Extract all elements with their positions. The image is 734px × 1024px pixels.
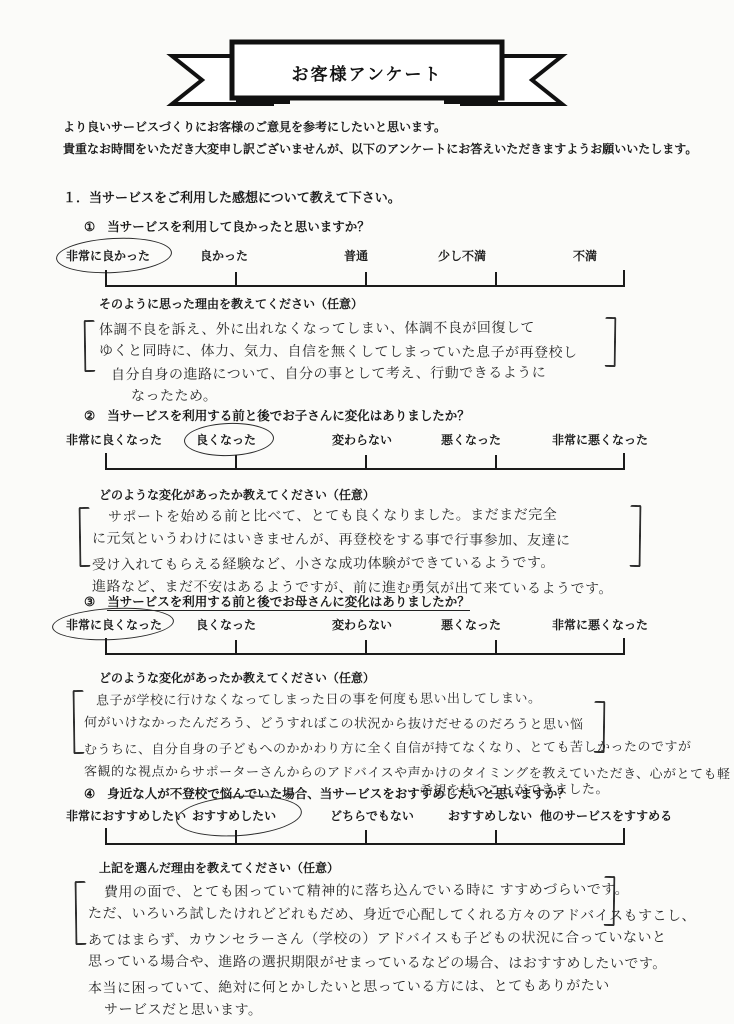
option-label: 非常に悪くなった [552, 616, 648, 633]
ruler-tick [495, 640, 497, 653]
ruler-tick [495, 455, 497, 468]
hand-bracket-right [630, 505, 642, 567]
option-label: 良かった [200, 247, 248, 264]
answer-line: あてはまらず、カウンセラーさん（学校の）アドバイスも子どもの状況に合っていないと [88, 924, 696, 951]
options-row-3: 非常に良くなった 良くなった 変わらない 悪くなった 非常に悪くなった [0, 616, 734, 636]
answer-line: 息子が学校に行けなくなってしまった日の事を何度も思い出してしまい。 [84, 685, 734, 713]
survey-page: お客様アンケート より良いサービスづくりにお客様のご意見を参考にしたいと思います… [0, 0, 734, 1024]
scale-ruler [105, 455, 625, 470]
option-label: 良くなった [196, 616, 256, 633]
question-3-text: 当サービスを利用する前と後でお母さんに変化はありましたか？ [107, 595, 470, 611]
option-label: 他のサービスをすすめる [540, 807, 672, 824]
ruler-tick [235, 830, 237, 843]
option-label: 非常におすすめしたい [66, 807, 186, 824]
ruler-tick [105, 638, 107, 653]
option-label: おすすめしたい [192, 807, 276, 824]
answer-line: 費用の面で、とても困っていて精神的に落ち込んでいる時に すすめづらいです。 [88, 876, 696, 903]
ribbon-banner: お客様アンケート [162, 36, 572, 114]
question-2: ②当サービスを利用する前と後でお子さんに変化はありましたか？ [84, 406, 470, 424]
banner-title: お客様アンケート [232, 46, 502, 98]
ruler-tick [105, 453, 107, 468]
hand-bracket-left [73, 690, 85, 754]
options-row-4: 非常におすすめしたい おすすめしたい どちらでもない おすすめしない 他のサービ… [0, 807, 734, 827]
answer-line: ゆくと同時に、体力、気力、自信を無くしてしまっていた息子が再登校し [99, 338, 578, 363]
answer-line: なったため。 [99, 383, 578, 408]
option-label: 変わらない [332, 616, 392, 633]
answer-line: 自分自身の進路について、自分の事として考え、行動できるように [99, 361, 578, 386]
answer-prompt-2: どのような変化があったか教えてください（任意） [99, 486, 375, 503]
answer-prompt-3: どのような変化があったか教えてください（任意） [99, 669, 375, 686]
question-3: ③当サービスを利用する前と後でお母さんに変化はありましたか？ [84, 592, 470, 610]
hand-bracket-left [75, 881, 87, 945]
question-4: ④身近な人が不登校で悩んでいた場合、当サービスをおすすめしたいと思いますか？ [84, 784, 570, 802]
ruler-tick [235, 272, 237, 285]
scale-ruler [105, 830, 625, 845]
ruler-tick [365, 455, 367, 468]
answer-line: サービスだと思います。 [88, 997, 696, 1024]
option-label: 変わらない [332, 431, 392, 448]
question-1-text: 当サービスを利用して良かったと思いますか？ [107, 220, 370, 234]
options-row-1: 非常に良かった 良かった 普通 少し不満 不満 [0, 247, 734, 267]
ruler-tick [623, 638, 625, 653]
answer-line: ただ、いろいろ試したけれどどれもだめ、身近で心配してくれる方々のアドバイスもすこ… [88, 901, 696, 928]
option-label: 悪くなった [441, 431, 501, 448]
option-label: 不満 [573, 247, 597, 264]
question-2-text: 当サービスを利用する前と後でお子さんに変化はありましたか？ [107, 409, 470, 423]
option-label: どちらでもない [330, 807, 414, 824]
answer-line: 思っている場合や、進路の選択期限がせまっているなどの場合、はおすすめしたいです。 [88, 949, 696, 976]
answer-line: サポートを始める前と比べて、とても良くなりました。まだまだ完全 [92, 502, 613, 529]
option-label: 非常に良くなった [66, 431, 162, 448]
ruler-tick [235, 455, 237, 468]
option-label: 少し不満 [438, 247, 486, 264]
option-label: 普通 [344, 247, 368, 264]
handwritten-answer-4: 費用の面で、とても困っていて精神的に落ち込んでいる時に すすめづらいです。 ただ… [88, 878, 696, 1022]
question-4-number: ④ [84, 787, 95, 801]
option-label: おすすめしない [448, 807, 532, 824]
handwritten-answer-2: サポートを始める前と比べて、とても良くなりました。まだまだ完全 に元気というわけ… [92, 503, 613, 599]
intro-line-2: 貴重なお時間をいただき大変申し訳ございませんが、以下のアンケートにお答えいただき… [63, 140, 697, 157]
hand-bracket-left [79, 507, 91, 567]
answer-line: 何がいけなかったんだろう、どうすればこの状況から抜けだせるのだろうと思い悩 [84, 710, 734, 737]
answer-line: 体調不良を訴え、外に出れなくなってしまい、体調不良が回復して [99, 316, 578, 341]
options-row-2: 非常に良くなった 良くなった 変わらない 悪くなった 非常に悪くなった [0, 431, 734, 451]
ruler-tick [623, 828, 625, 843]
answer-prompt-1: そのように思った理由を教えてください（任意） [99, 295, 363, 312]
ruler-tick [623, 270, 625, 285]
ruler-tick [105, 270, 107, 285]
section-heading: １．当サービスをご利用した感想について教えて下さい。 [63, 187, 401, 206]
handwritten-answer-1: 体調不良を訴え、外に出れなくなってしまい、体調不良が回復して ゆくと同時に、体力… [99, 317, 578, 407]
ruler-tick [623, 453, 625, 468]
option-label: 非常に良かった [66, 247, 150, 264]
hand-bracket-left [84, 320, 96, 372]
option-label: 良くなった [196, 431, 256, 448]
scale-ruler [105, 272, 625, 287]
hand-bracket-right [605, 317, 617, 367]
answer-prompt-4: 上記を選んだ理由を教えてください（任意） [99, 859, 339, 876]
option-label: 非常に良くなった [66, 616, 162, 633]
ruler-tick [365, 640, 367, 653]
option-label: 悪くなった [441, 616, 501, 633]
question-2-number: ② [84, 409, 95, 423]
option-label: 非常に悪くなった [552, 431, 648, 448]
handwritten-answer-3: 息子が学校に行けなくなってしまった日の事を何度も思い出してしまい。 何がいけなか… [84, 687, 734, 785]
answer-line: 受け入れてもらえる経験など、小さな成功体験ができているようです。 [92, 550, 613, 577]
ruler-tick [495, 272, 497, 285]
scale-ruler [105, 640, 625, 655]
answer-line: 客観的な視点からサポーターさんからのアドバイスや声かけのタイミングを教えていただ… [84, 759, 734, 786]
ruler-tick [235, 640, 237, 653]
question-1-number: ① [84, 220, 95, 234]
question-3-number: ③ [84, 595, 95, 609]
intro-line-1: より良いサービスづくりにお客様のご意見を参考にしたいと思います。 [63, 118, 446, 135]
answer-line: に元気というわけにはいきませんが、再登校をする事で行事参加、友達に [92, 526, 613, 552]
answer-line: むうちに、自分自身の子どもへのかかわり方に全く自信が持てなくなり、とても苦しかっ… [84, 734, 734, 762]
ruler-tick [365, 272, 367, 285]
ruler-tick [105, 828, 107, 843]
ruler-tick [365, 830, 367, 843]
answer-line: 本当に困っていて、絶対に何とかしたいと思っている方には、とてもありがたい [88, 972, 696, 999]
ruler-tick [495, 830, 497, 843]
question-4-text: 身近な人が不登校で悩んでいた場合、当サービスをおすすめしたいと思いますか？ [107, 787, 570, 801]
question-1: ①当サービスを利用して良かったと思いますか？ [84, 217, 370, 235]
